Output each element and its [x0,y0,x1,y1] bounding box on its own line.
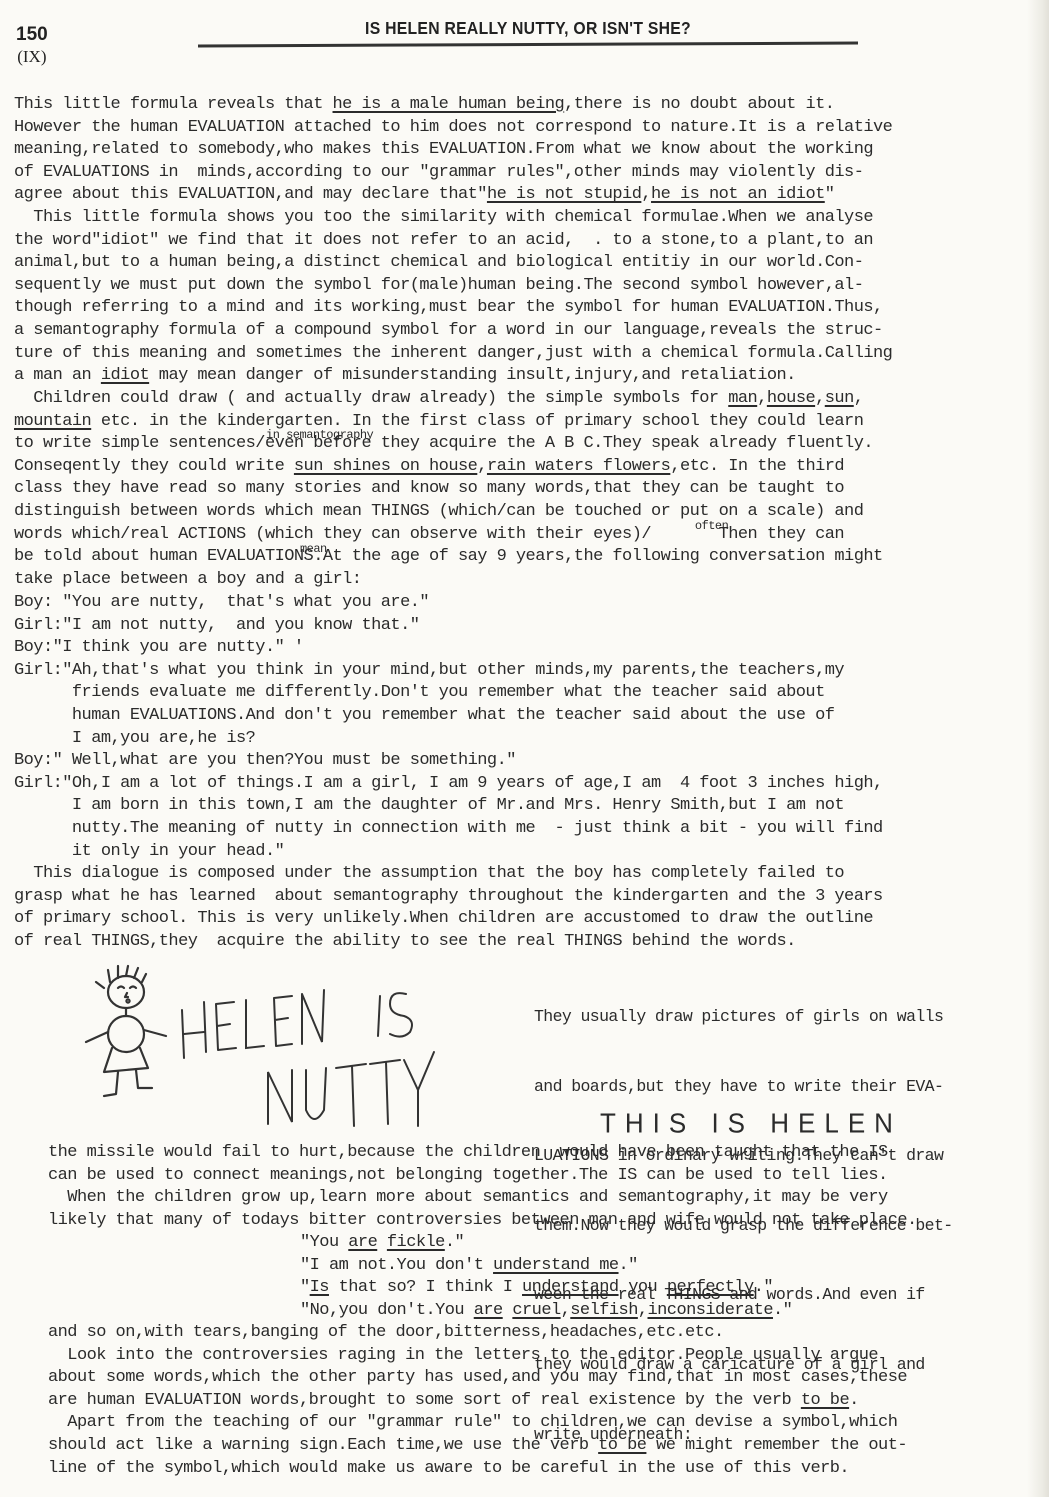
text-line: Children could draw ( and actually draw … [14,388,1039,411]
text-line: of real THINGS,they acquire the ability … [14,931,1039,954]
underlined-phrase: sun shines on house [294,457,477,476]
text-line: are human EVALUATION words,brought to so… [48,1390,1049,1413]
underlined-phrase: fickle [387,1233,445,1252]
boy-girl-dialogue: Boy: "You are nutty, that's what you are… [14,592,1039,863]
text-line: This little formula shows you too the si… [14,207,1039,230]
underlined-phrase: man [728,389,757,408]
paragraph-5: the missile would fail to hurt,because t… [48,1142,1049,1232]
text-line: of EVALUATIONS in minds,according to our… [14,162,1039,185]
insert-often: often [695,519,729,533]
underlined-phrase: understand [522,1278,619,1297]
paragraph-6: and so on,with tears,banging of the door… [48,1322,1049,1480]
underlined-phrase: idiot [101,366,149,385]
text-line: "You are fickle." [300,1232,792,1255]
text-line: sequently we must put down the symbol fo… [14,275,1039,298]
underlined-phrase: are [474,1301,503,1320]
underlined-phrase: are [348,1233,377,1252]
text-line: a semantography formula of a compound sy… [14,320,1039,343]
text-line: friends evaluate me differently.Don't yo… [14,682,1039,705]
underlined-phrase: cruel [512,1301,560,1320]
text-line: the missile would fail to hurt,because t… [48,1142,1049,1165]
text-line: and boards,but they have to write their … [534,1075,1034,1098]
text-line: This dialogue is composed under the assu… [14,863,1039,886]
underlined-phrase: he is a male human being [333,95,565,114]
text-line: the word"idiot" we find that it does not… [14,230,1039,253]
chapter-number: (IX) [16,46,48,68]
underlined-phrase: to be [801,1391,849,1410]
text-line: nutty.The meaning of nutty in connection… [14,818,1039,841]
text-line: distinguish between words which mean THI… [14,501,1039,524]
underlined-phrase: Is [310,1278,329,1297]
text-line: line of the symbol,which would make us a… [48,1458,1049,1481]
text-line: class they have read so many stories and… [14,478,1039,501]
text-line: and so on,with tears,banging of the door… [48,1322,1049,1345]
paragraph-2: This little formula shows you too the si… [14,207,1039,388]
text-line: meaning,related to somebody,who makes th… [14,139,1039,162]
paragraph-4: This dialogue is composed under the assu… [14,863,1039,953]
underlined-phrase: perfectly [667,1278,754,1297]
page-title: IS HELEN REALLY NUTTY, OR ISN'T SHE? [233,18,823,39]
text-line: can be used to connect meanings,not belo… [48,1165,1049,1188]
underlined-phrase: selfish [570,1301,638,1320]
underlined-phrase: to be [598,1436,646,1455]
text-line: agree about this EVALUATION,and may decl… [14,184,1039,207]
text-line: Look into the controversies raging in th… [48,1345,1049,1368]
text-line: Boy:" Well,what are you then?You must be… [14,750,1039,773]
text-line: about some words,which the other party h… [48,1367,1049,1390]
text-line: "I am not.You don't understand me." [300,1255,792,1278]
text-line: They usually draw pictures of girls on w… [534,1005,1034,1028]
text-line: Girl:"Oh,I am a lot of things.I am a gir… [14,773,1039,796]
text-line: ture of this meaning and sometimes the i… [14,343,1039,366]
underlined-phrase: house [767,389,815,408]
insert-mean: mean [300,542,327,556]
text-line: Boy:"I think you are nutty." ' [14,637,1039,660]
page-number-block: 150 (IX) [16,24,48,68]
text-line: though referring to a mind and its worki… [14,297,1039,320]
insert-in-semantography: in semantography [266,428,373,442]
text-line: take place between a boy and a girl: [14,569,1039,592]
text-line: Boy: "You are nutty, that's what you are… [14,592,1039,615]
text-line: "Is that so? I think I understand you pe… [300,1277,792,1300]
handwritten-caption: THIS IS HELEN [600,1107,902,1140]
underlined-phrase: he is not an idiot [651,185,825,204]
text-line: Apart from the teaching of our "grammar … [48,1412,1049,1435]
text-line: animal,but to a human being,a distinct c… [14,252,1039,275]
title-rule [198,42,858,48]
text-line: However the human EVALUATION attached to… [14,117,1039,140]
text-line: likely that many of todays bitter contro… [48,1210,1049,1233]
text-line: to write simple sentences/even before th… [14,433,1039,456]
text-line: of primary school. This is very unlikely… [14,908,1039,931]
text-line: When the children grow up,learn more abo… [48,1187,1049,1210]
underlined-phrase: mountain [14,412,91,431]
paragraph-1: This little formula reveals that he is a… [14,94,1039,207]
text-line: grasp what he has learned about semantog… [14,886,1039,909]
paragraph-3: Children could draw ( and actually draw … [14,388,1039,591]
text-line: Girl:"I am not nutty, and you know that.… [14,615,1039,638]
underlined-phrase: inconsiderate [648,1301,773,1320]
text-line: human EVALUATIONS.And don't you remember… [14,705,1039,728]
underlined-phrase: understand me [493,1256,618,1275]
text-line: should act like a warning sign.Each time… [48,1435,1049,1458]
helen-drawing [70,960,450,1140]
text-line: a man an idiot may mean danger of misund… [14,365,1039,388]
couple-dialogue: "You are fickle.""I am not.You don't und… [300,1232,792,1322]
text-line: I am,you are,he is? [14,728,1039,751]
underlined-phrase: sun [825,389,854,408]
text-line: Girl:"Ah,that's what you think in your m… [14,660,1039,683]
text-line: "No,you don't.You are cruel,selfish,inco… [300,1300,792,1323]
text-line: it only in your head." [14,841,1039,864]
text-line: Conseqently they could write sun shines … [14,456,1039,479]
text-line: words which/real ACTIONS (which they can… [14,524,1039,547]
text-line: I am born in this town,I am the daughter… [14,795,1039,818]
text-line: mountain etc. in the kindergarten. In th… [14,411,1039,434]
underlined-phrase: he is not stupid [487,185,641,204]
text-line: be told about human EVALUATIONS.At the a… [14,546,1039,569]
text-line: This little formula reveals that he is a… [14,94,1039,117]
page-number: 150 [16,24,48,46]
underlined-phrase: rain waters flowers [487,457,670,476]
